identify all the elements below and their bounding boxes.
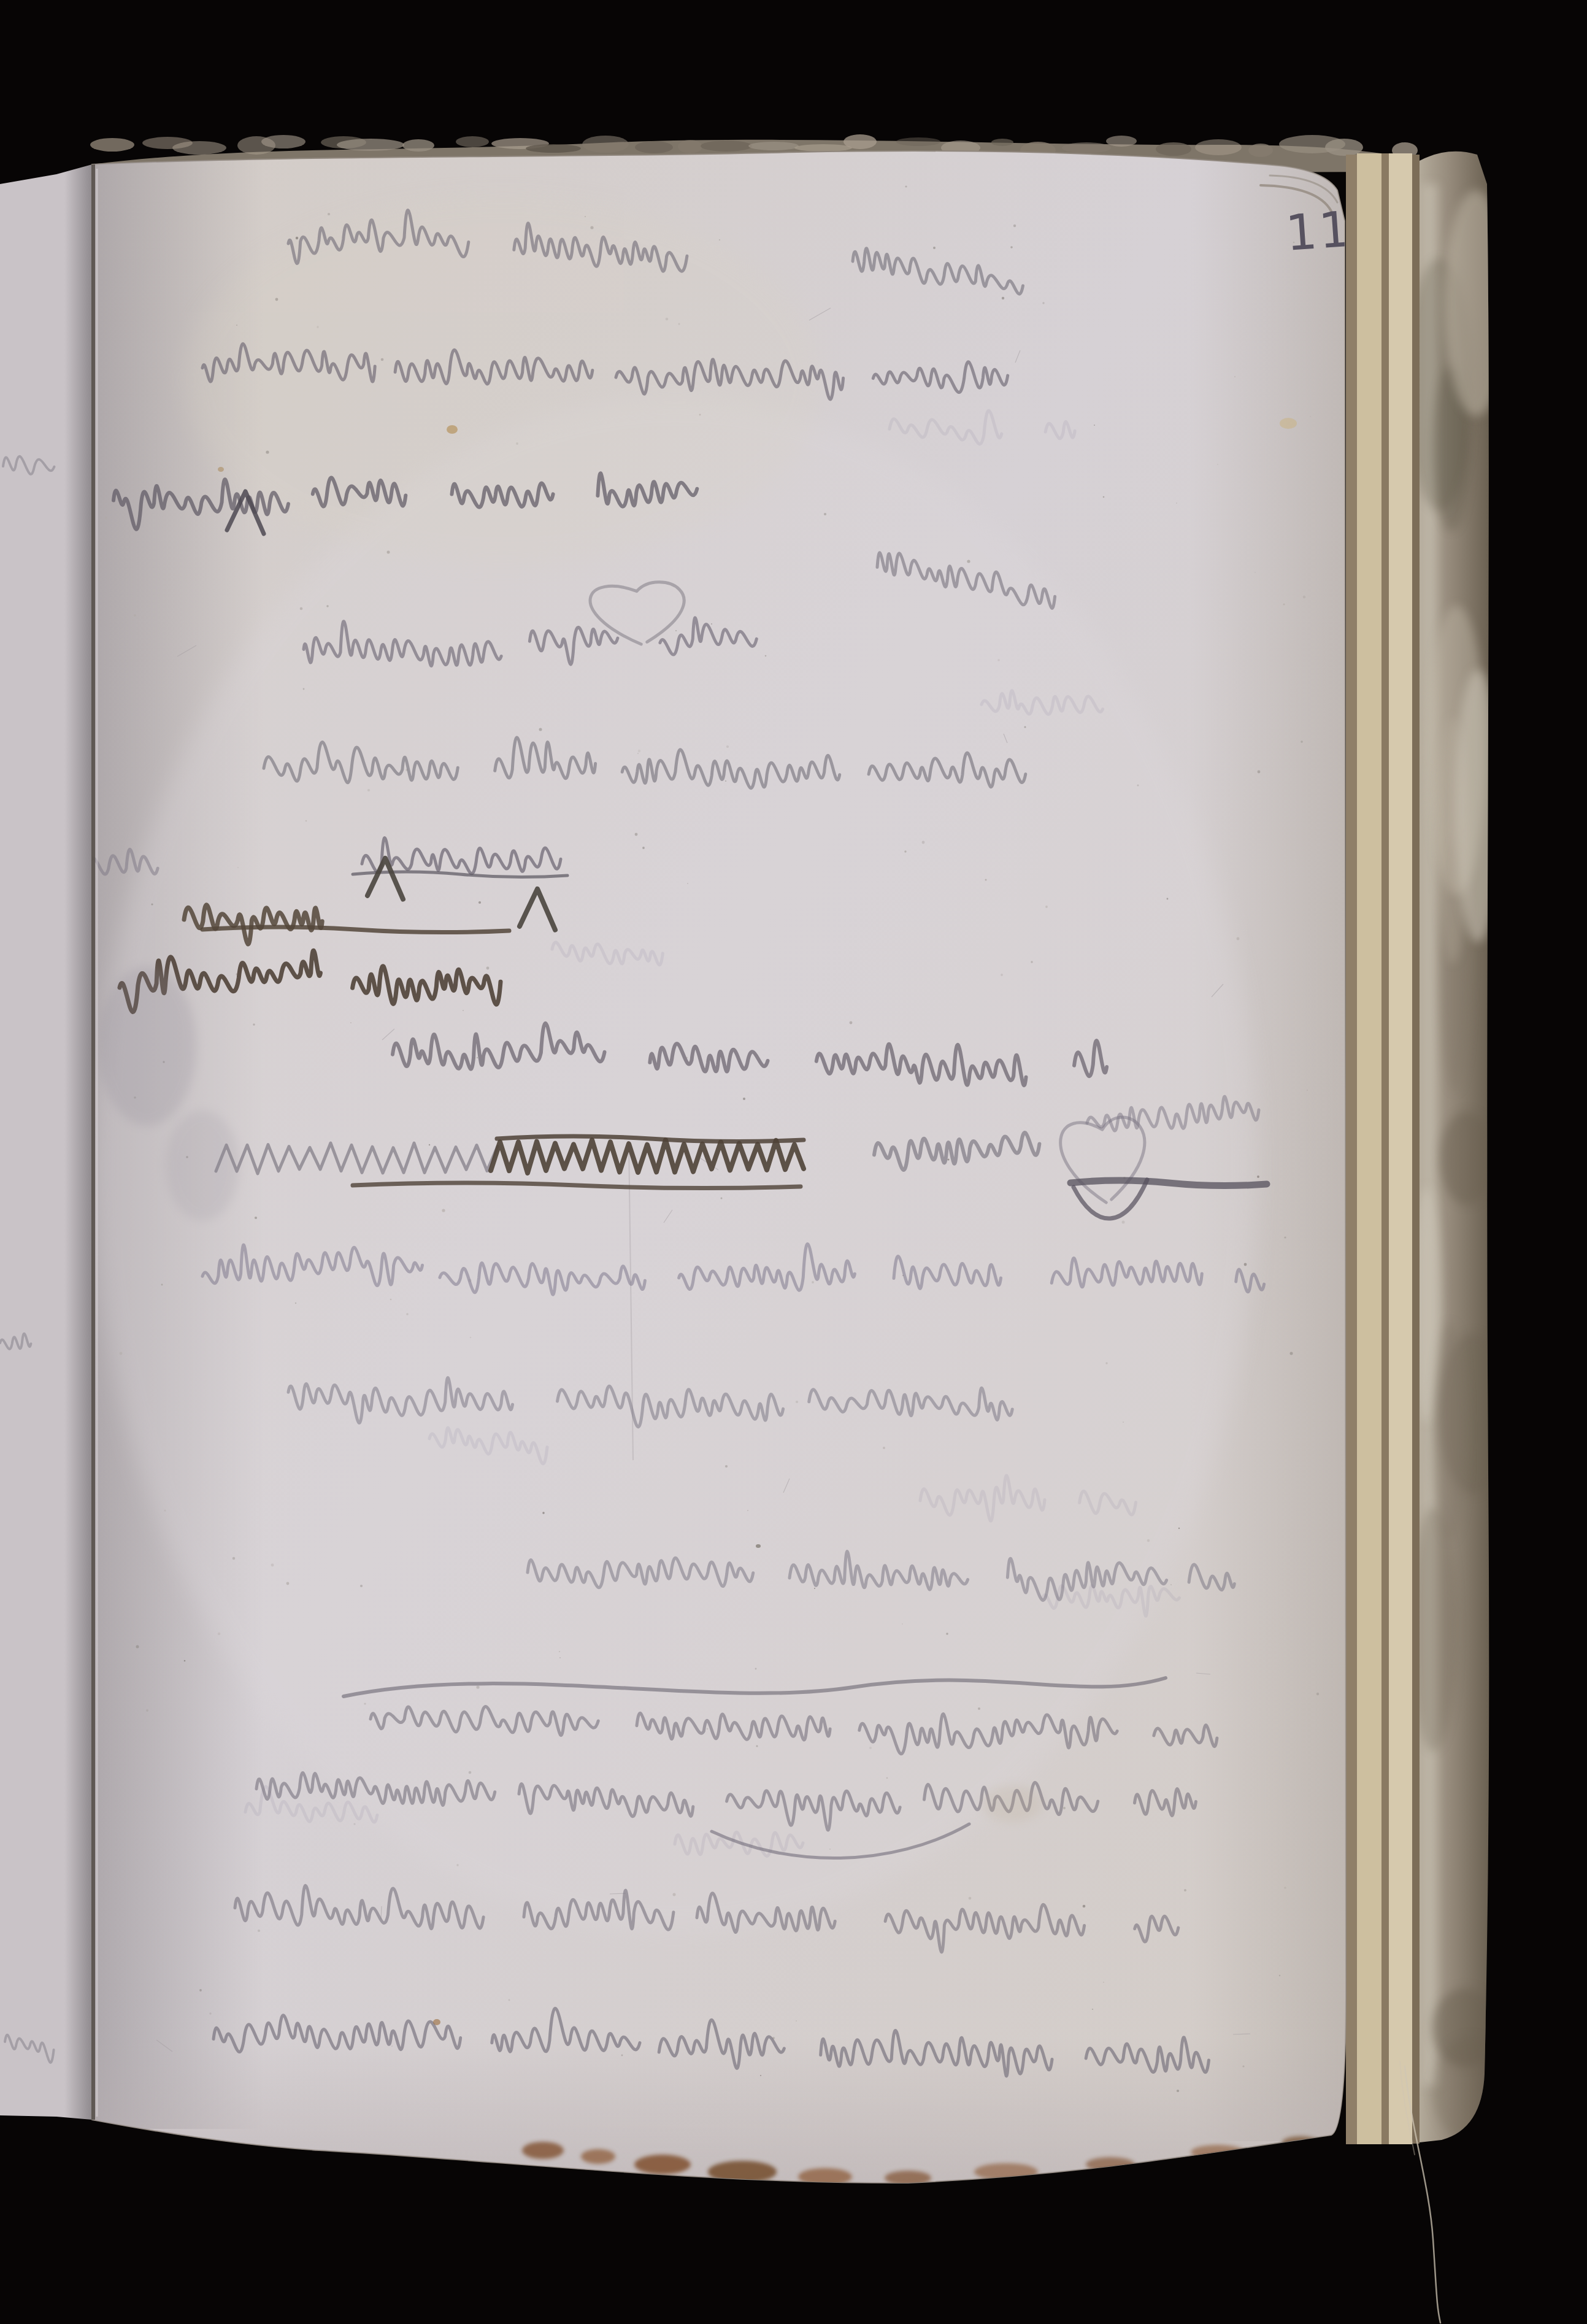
speckle [1284,1236,1286,1238]
speckle [442,1209,445,1212]
speckle [296,237,298,239]
speckle [275,298,279,301]
speckle [1013,225,1016,227]
cover-mottle [1440,1112,1495,1205]
speckle [1255,572,1256,573]
speckle [305,820,307,822]
speckle [1176,502,1177,504]
speckle [1316,1693,1319,1695]
speckle [237,867,239,868]
fore-edge-band-5 [1412,155,1420,2144]
speckle [1279,1975,1280,1976]
speckle [328,213,330,215]
speckle [470,1337,471,1338]
speckle [905,185,907,187]
speckle [391,2045,393,2047]
speckle [146,1709,148,1712]
speckle [721,1198,723,1199]
bottom-stain-2 [581,2149,615,2164]
speckle [726,745,729,748]
deckle-bump [526,144,581,153]
speckle [539,728,542,731]
warm-patch [184,196,822,564]
deckle-bump [1248,144,1273,157]
speckle [300,607,303,610]
speckle [120,1352,123,1355]
deckle-bump [337,139,404,151]
deckle-bump [582,136,629,153]
speckle [947,1158,949,1160]
speckle [429,1144,430,1145]
speckle [209,2012,212,2015]
deckle-bump [1062,142,1111,153]
photograph-of-open-notebook: 115 [0,0,1587,2324]
speckle [824,513,826,515]
speckle [886,1777,888,1779]
deckle-bump [172,141,226,155]
speckle [869,1747,872,1749]
speckle [621,2055,623,2057]
cover-mottle [1433,1323,1467,1541]
speckle [236,325,237,326]
deckle-bump [402,139,434,152]
speckle [1258,771,1261,774]
speckle [796,1401,798,1403]
speckle [637,753,639,754]
speckle [295,1302,296,1304]
speckle [1283,604,1285,606]
speckle [1217,464,1218,465]
deckle-bump [90,138,134,152]
speckle [829,1849,831,1850]
speckle [286,1582,290,1585]
speckle [509,1999,510,2001]
speckle [675,630,677,631]
speckle [1103,1982,1104,1983]
deckle-bump [896,137,940,146]
speckle [1001,974,1003,976]
speckle [796,2020,797,2022]
bottom-stain-3 [634,2155,691,2174]
speckle [469,1771,472,1774]
speckle [559,1657,561,1658]
speckle [1167,898,1169,900]
manuscript-scene: 115 [0,0,1587,2324]
deckle-bump [456,136,489,147]
speckle [699,414,701,416]
speckle [151,903,153,905]
speckle [725,1465,728,1468]
speckle [585,216,586,217]
stain-8 [982,1785,1043,1822]
speckle [1301,741,1303,743]
speckle [997,659,1000,661]
deckle-bump [1325,139,1363,156]
speckle [755,1668,757,1670]
speckle [1290,1352,1293,1355]
speckle [904,850,906,852]
speckle [367,789,370,791]
speckle [642,847,645,849]
speckle [542,1512,545,1514]
speckle [258,1930,260,1932]
speckle [1147,1539,1150,1542]
deckle-bump [1106,136,1137,147]
deckle-bump [635,141,673,153]
speckle [765,655,767,657]
speckle [756,1745,758,1747]
speckle [1307,1090,1308,1091]
speckle [255,1217,257,1219]
speckle [1244,1263,1247,1266]
speckle [1083,1905,1086,1908]
speckle [266,450,269,453]
deckle-bump [843,134,877,149]
speckle [1257,1175,1259,1178]
deckle-bump [748,142,799,150]
stain-4 [166,1110,239,1221]
speckle [390,1299,392,1301]
speckle [516,442,518,445]
speckle [486,967,490,970]
speckle [1237,937,1240,941]
speckle [199,1989,202,1991]
speckle [760,2075,761,2076]
stain-3 [98,966,196,1126]
speckle [1122,1221,1125,1224]
speckle [406,1313,409,1315]
speckle [707,1728,708,1730]
speckle [1303,596,1305,598]
deckle-bump [701,140,752,152]
speckle [1123,1422,1124,1423]
speckle [946,1633,948,1635]
speckle [1234,376,1235,377]
speckle [747,1510,748,1511]
speckle [253,1023,255,1025]
speckle [218,1633,220,1635]
fore-edge-page-block [1346,153,1420,2144]
speckle [1177,2090,1179,2092]
speckle [317,326,318,328]
speckle [477,1057,478,1058]
speckle [719,239,720,240]
speckle [711,623,712,625]
deckle-bump [1195,139,1242,155]
fore-edge-band-1 [1346,155,1357,2144]
speckle [1092,2009,1093,2010]
speckle [1284,1887,1286,1889]
speckle [1024,726,1026,728]
speckle [985,879,987,881]
deckle-bump [991,139,1013,146]
speckle [105,517,107,519]
fore-edge-band-2 [1357,153,1381,2144]
speckle [1031,961,1032,963]
speckle [476,1685,479,1688]
speckle [164,1510,166,1512]
speckle [1002,297,1004,299]
notebook-page: 115 [69,151,1387,2190]
speckle [725,780,726,782]
fore-edge-band-4 [1389,153,1412,2144]
speckle [590,226,593,229]
deckle-bump [1156,142,1191,156]
speckle [134,614,136,617]
speckle [812,1281,814,1283]
speckle [326,605,329,607]
stain-5 [1280,418,1297,429]
speckle [1310,416,1311,417]
speckle [136,1645,139,1649]
speckle [850,1022,853,1025]
stain-7 [756,1544,761,1548]
speckle [1045,906,1048,908]
speckle [1094,425,1095,426]
speckle [902,1623,903,1625]
speckle [687,883,688,884]
speckle [678,323,680,325]
speckle [883,1447,885,1449]
speckle [271,1564,274,1567]
speckle [673,1893,676,1896]
speckle [456,1864,458,1866]
speckle [1242,2065,1244,2067]
speckle [161,1284,163,1286]
speckle [1063,1807,1066,1809]
speckle [353,1823,355,1825]
speckle [381,358,384,361]
speckle [967,560,970,563]
speckle [463,1010,464,1011]
speckle [635,833,638,836]
speckle [478,901,481,904]
speckle [303,688,305,690]
facing-page-sliver [0,164,92,2120]
speckle [559,1651,560,1652]
facing-page-sliver-shape [0,164,92,2120]
speckle [232,1557,235,1560]
speckle [638,750,640,752]
speckle [922,841,925,844]
speckle [978,1707,980,1710]
speckle [350,1022,352,1023]
speckle [1184,1889,1186,1891]
stain-1 [447,425,458,434]
speckle [1103,496,1105,498]
speckle [743,1098,745,1100]
speckle [360,1585,363,1587]
speckle [1042,302,1044,304]
deckle-bump [678,140,702,153]
fore-edge-band-3 [1381,153,1389,2144]
deckle-bump [261,135,305,148]
speckle [1105,1362,1107,1364]
speckle [184,1660,186,1662]
speckle [814,1588,815,1589]
deckle-bump [794,144,852,152]
speckle [1137,785,1139,787]
stain-6 [433,2019,440,2025]
speckle [969,1897,972,1900]
speckle [666,318,669,321]
speckle [1178,1528,1180,1529]
speckle [1170,1584,1172,1585]
speckle [364,1703,366,1704]
speckle [933,247,936,249]
stain-2 [218,467,224,472]
speckle [387,551,390,554]
bottom-stain-1 [522,2142,564,2159]
speckle [1010,246,1013,248]
